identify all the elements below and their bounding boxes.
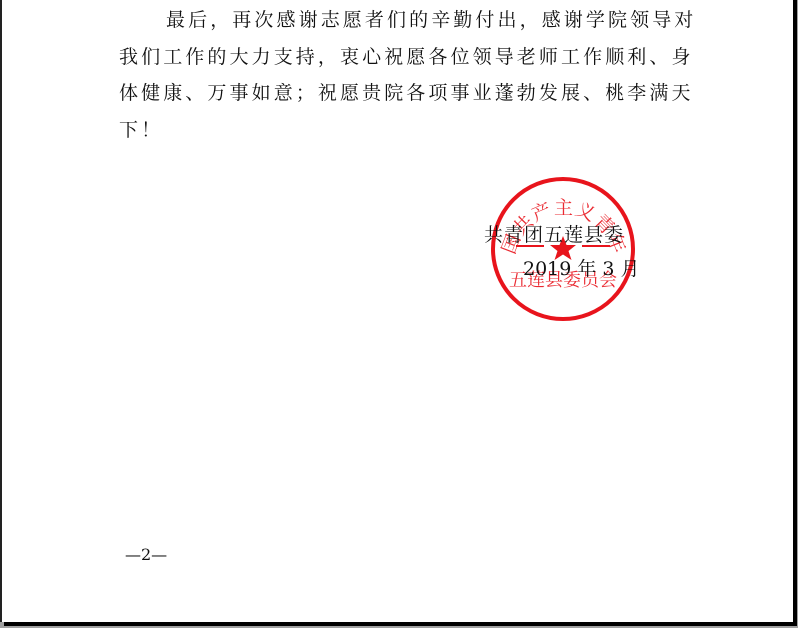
document-page: 最后，再次感谢志愿者们的辛勤付出，感谢学院领导对 我们工作的大力支持，衷心祝愿各… <box>0 0 793 622</box>
page-shadow-right <box>793 0 797 626</box>
page-number: —2— <box>125 545 167 564</box>
paragraph-line: 体健康、万事如意；祝愿贵院各项事业蓬勃发展、桃李满天 <box>119 75 679 112</box>
page-shadow-bottom <box>4 622 797 626</box>
closing-paragraph: 最后，再次感谢志愿者们的辛勤付出，感谢学院领导对 我们工作的大力支持，衷心祝愿各… <box>119 2 679 148</box>
paragraph-line: 最后，再次感谢志愿者们的辛勤付出，感谢学院领导对 <box>119 2 679 39</box>
signature-date: 2019 年 3 月 <box>523 254 640 281</box>
official-seal-icon: 中国共产主义青年团 五莲县委员会 <box>488 174 638 324</box>
paragraph-line: 下！ <box>119 112 679 149</box>
paragraph-line: 我们工作的大力支持，衷心祝愿各位领导老师工作顺利、身 <box>119 39 679 76</box>
signature-organization: 共青团五莲县委 <box>484 220 624 247</box>
